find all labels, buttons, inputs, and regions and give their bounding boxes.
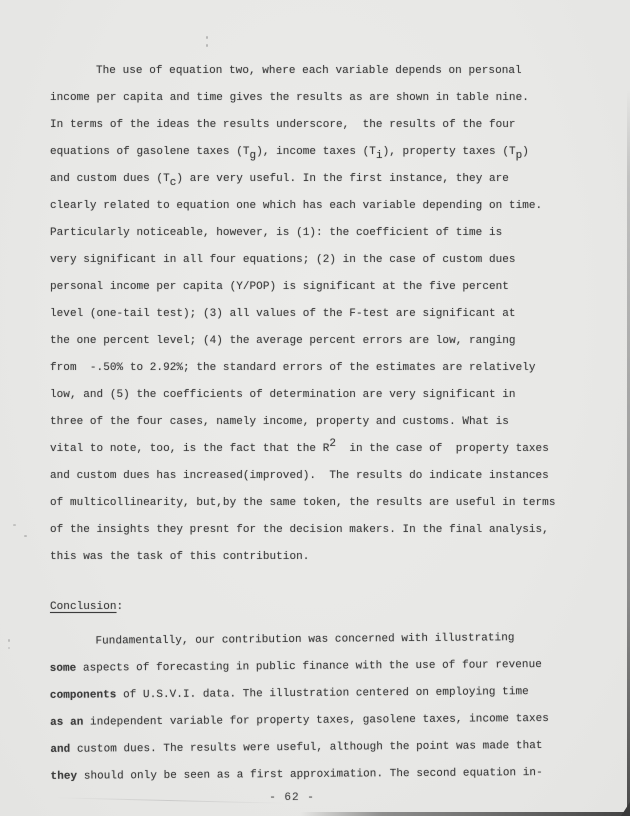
text-run: income per capita and time gives the res… [50,92,529,104]
text-run: components [50,689,117,702]
scan-artifact-speck [13,524,16,526]
text-run: this was the task of this contribution. [50,551,309,563]
text-run: The use of equation two, where each vari… [96,65,522,77]
text-line: vital to note, too, is the fact that the… [50,436,595,463]
text-run: Particularly noticeable, however, is (1)… [50,227,502,239]
text-run: 2 [329,438,336,450]
text-run: low, and (5) the coefficients of determi… [50,389,516,401]
text-line: three of the four cases, namely income, … [50,409,595,436]
text-line: and custom dues has increased(improved).… [50,463,595,490]
text-line: very significant in all four equations; … [50,247,595,274]
text-line: they should only be seen as a first appr… [50,760,595,791]
text-line: and custom dues. The results were useful… [50,733,595,764]
text-line: the one percent level; (4) the average p… [50,328,595,355]
text-run: of multicollinearity, but,by the same to… [50,497,555,509]
scan-artifact-crease [55,797,285,804]
text-run: Conclusion [50,601,117,613]
text-line: from -.50% to 2.92%; the standard errors… [50,355,595,382]
text-run: ) are very useful. In the first instance… [176,173,509,185]
text-run: in the case of property taxes [336,443,549,455]
text-line: some aspects of forecasting in public fi… [50,652,595,683]
text-line: and custom dues (Tc) are very useful. In… [50,166,595,193]
text-run: three of the four cases, namely income, … [50,416,509,428]
text-line: clearly related to equation one which ha… [50,193,595,220]
text-run: level (one-tail test); (3) all values of… [50,308,516,320]
text-run: they [50,771,77,783]
conclusion-paragraph: Fundamentally, our contribution was conc… [49,625,595,791]
text-run: clearly related to equation one which ha… [50,200,542,212]
text-run: aspects of forecasting in public finance… [76,659,542,675]
text-run: In terms of the ideas the results unders… [50,119,516,131]
text-run: c [170,177,177,189]
text-line: components of U.S.V.I. data. The illustr… [50,679,595,710]
text-line: income per capita and time gives the res… [50,85,595,112]
text-run: ), income taxes (T [256,146,376,158]
text-run: and custom dues (T [50,173,170,185]
scan-artifact-speck [206,44,208,47]
text-line: low, and (5) the coefficients of determi… [50,382,595,409]
text-run: some [50,663,77,675]
text-run: p [516,150,523,162]
scan-artifact-bottom-edge [300,812,630,816]
scan-artifact-speck [8,647,10,649]
text-run: Fundamentally, our contribution was conc… [95,632,514,647]
text-line: Particularly noticeable, however, is (1)… [50,220,595,247]
text-line: of multicollinearity, but,by the same to… [50,490,595,517]
text-run: should only be seen as a first approxima… [77,767,543,783]
text-line: of the insights they presnt for the deci… [50,517,595,544]
text-run: : [117,601,124,613]
text-run: ), property taxes (T [383,146,516,158]
text-line: In terms of the ideas the results unders… [50,112,595,139]
body-paragraph: The use of equation two, where each vari… [50,58,595,571]
scanned-document-page: The use of equation two, where each vari… [0,0,630,816]
text-run: and [50,744,70,756]
text-line: The use of equation two, where each vari… [50,58,595,85]
text-line: this was the task of this contribution. [50,544,595,571]
text-run: of the insights they presnt for the deci… [50,524,549,536]
text-line: Fundamentally, our contribution was conc… [49,625,594,656]
scan-artifact-speck [24,535,27,537]
scan-artifact-corner-shadow [621,802,630,816]
text-line: as an independent variable for property … [50,706,595,737]
text-run: equations of gasolene taxes (T [50,146,250,158]
text-run: vital to note, too, is the fact that the… [50,443,329,455]
text-run: independent variable for property taxes,… [83,713,549,729]
text-run: the one percent level; (4) the average p… [50,335,516,347]
text-line: level (one-tail test); (3) all values of… [50,301,595,328]
text-run: as an [50,717,83,729]
text-run: very significant in all four equations; … [50,254,516,266]
text-run: ) [522,146,529,158]
text-run: g [250,150,257,162]
text-run: custom dues. The results were useful, al… [70,740,542,756]
text-run: personal income per capita (Y/POP) is si… [50,281,509,293]
scan-artifact-speck [8,639,10,642]
text-run: of U.S.V.I. data. The illustration cente… [116,686,528,701]
conclusion-heading: Conclusion: [50,594,595,621]
text-run: from -.50% to 2.92%; the standard errors… [50,362,536,374]
scan-artifact-speck [206,36,208,39]
text-run: and custom dues has increased(improved).… [50,470,549,482]
text-line: personal income per capita (Y/POP) is si… [50,274,595,301]
text-run: i [376,150,383,162]
text-line: equations of gasolene taxes (Tg), income… [50,139,595,166]
